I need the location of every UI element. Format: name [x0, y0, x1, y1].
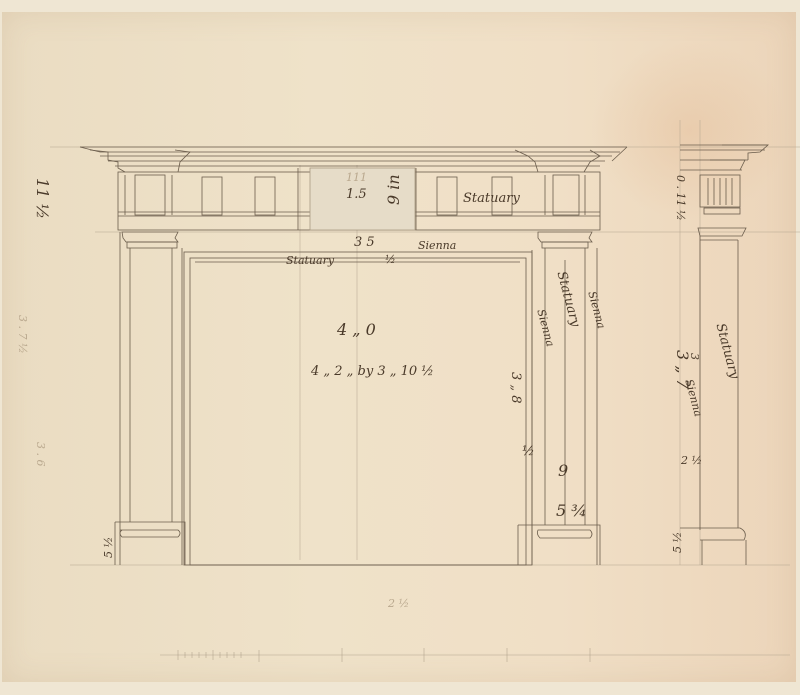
- architrave-material-left-label: Statuary: [286, 255, 334, 266]
- side-frieze-height-label: 0 . 11 ½: [675, 175, 686, 221]
- opening-size-label: 4 „ 2 „ by 3 „ 10 ½: [311, 365, 434, 378]
- pilaster-base-label: 5 ¾: [556, 503, 587, 519]
- architrave-material-right-label: Sienna: [418, 240, 456, 251]
- bottom-center-note: 2 ½: [388, 598, 409, 609]
- frieze-marker-label: 111: [346, 172, 367, 183]
- frieze-height-left-label: 11 ½: [34, 178, 50, 219]
- jamb-inner-fraction-label: ½: [522, 445, 535, 458]
- architrave: [184, 252, 532, 565]
- opening-height-label: 4 „ 0: [337, 322, 376, 338]
- mantelpiece-drawing: [0, 0, 800, 695]
- architrave-width-label: 3 5: [354, 236, 375, 249]
- left-pilaster: [115, 232, 185, 565]
- left-margin-note-2: 3 . 6: [35, 442, 46, 467]
- frieze-dim-9-label: 9 in: [386, 174, 402, 205]
- architrave-fraction-label: ½: [385, 254, 396, 265]
- side-plinth-label: 5 ½: [672, 532, 683, 553]
- left-margin-note: 3 . 7 ½: [17, 315, 28, 354]
- side-lower-dim-label: 2 ½: [681, 455, 702, 466]
- side-dim-small-label: 3: [689, 353, 700, 360]
- frieze-material-label: Statuary: [463, 192, 520, 205]
- frieze-center-label: 1.5: [346, 188, 367, 201]
- pilaster-width-label: 9: [558, 463, 568, 479]
- plinth-left-label: 5 ½: [103, 537, 114, 558]
- jamb-height-label: 3 „ 8: [509, 372, 522, 404]
